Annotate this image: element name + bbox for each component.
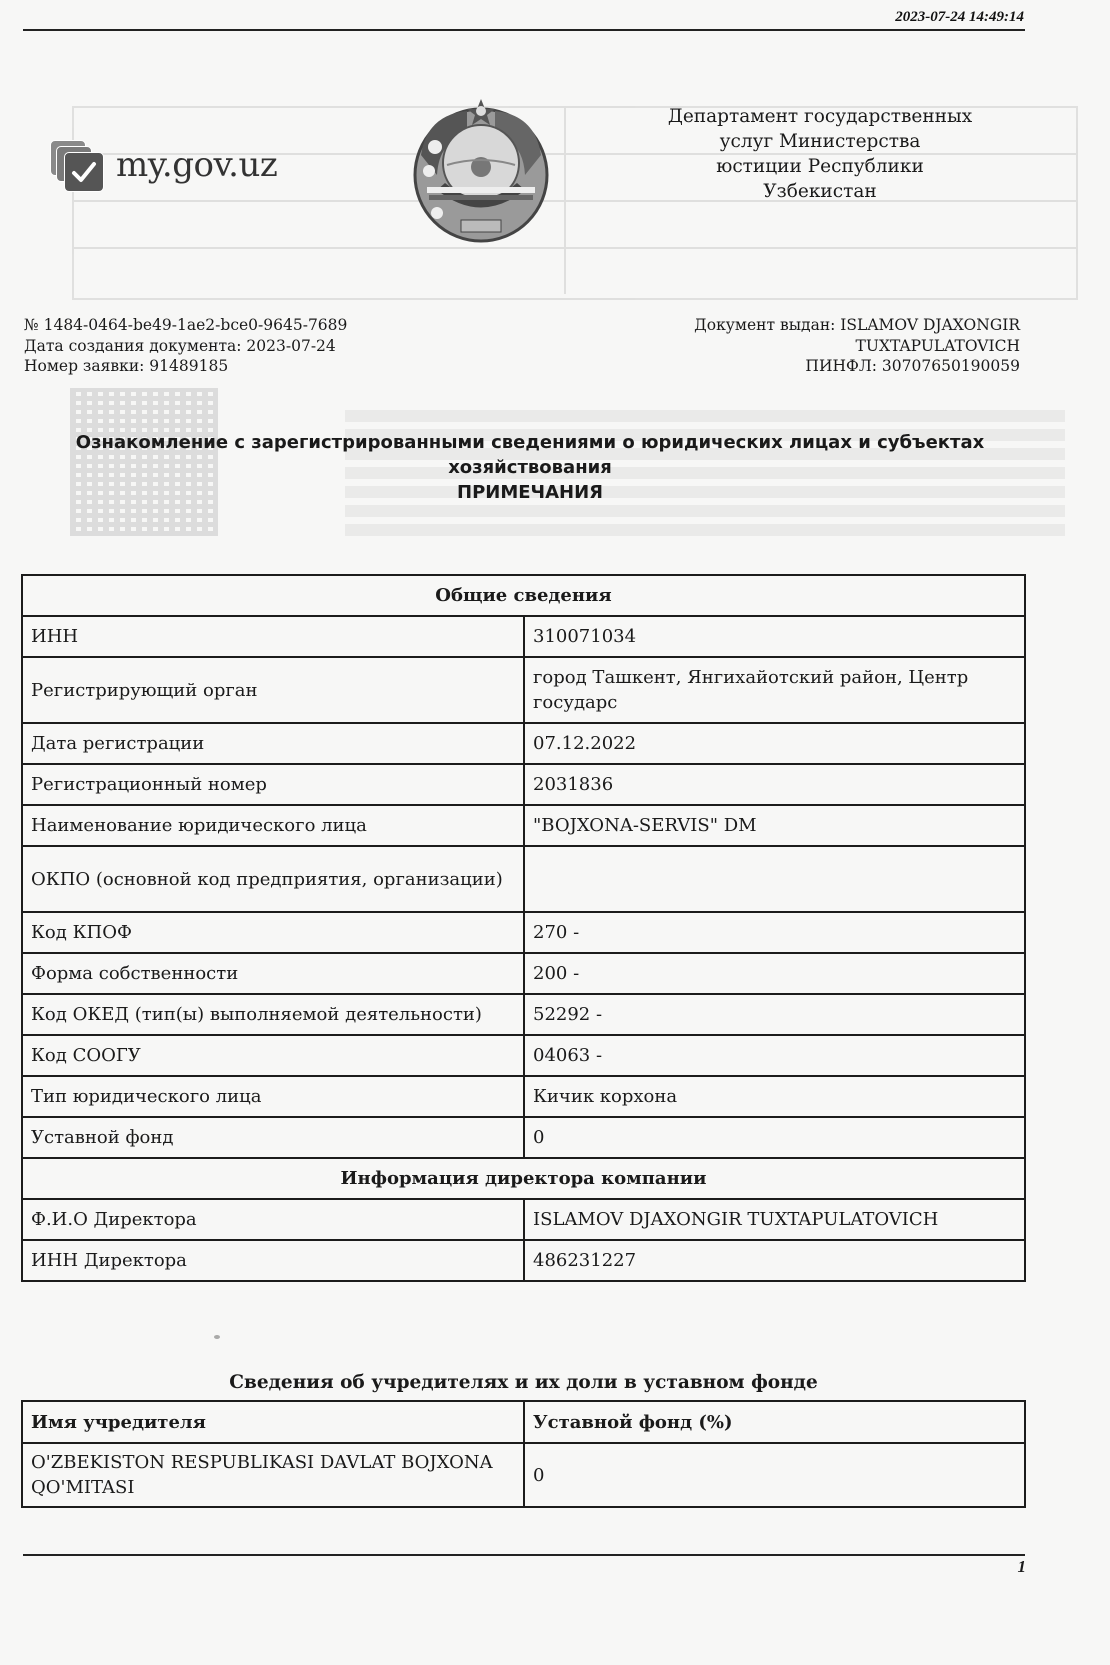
row-label: ИНН Директора: [22, 1240, 524, 1281]
founders-table: Имя учредителя Уставной фонд (%) O'ZBEKI…: [21, 1400, 1026, 1508]
row-value: ISLAMOV DJAXONGIR TUXTAPULATOVICH: [524, 1199, 1025, 1240]
row-value: 486231227: [524, 1240, 1025, 1281]
founder-name: O'ZBEKISTON RESPUBLIKASI DAVLAT BOJXONA …: [22, 1443, 524, 1507]
issued-to-meta: Документ выдан: ISLAMOV DJAXONGIR TUXTAP…: [694, 315, 1020, 377]
document-number: № 1484-0464-be49-1ae2-bce0-9645-7689: [24, 315, 347, 336]
row-label: Код КПОФ: [22, 912, 524, 953]
founder-share: 0: [524, 1443, 1025, 1507]
row-value: 04063 -: [524, 1035, 1025, 1076]
logo-text: my.gov.uz: [116, 145, 277, 185]
issued-to-line2: TUXTAPULATOVICH: [694, 336, 1020, 357]
header-rule: [23, 29, 1025, 31]
row-label: Код СООГУ: [22, 1035, 524, 1076]
title-line: Ознакомление с зарегистрированными сведе…: [30, 430, 1030, 455]
row-value: город Ташкент, Янгихайотский район, Цент…: [524, 657, 1025, 723]
row-value: "BOJXONA-SERVIS" DM: [524, 805, 1025, 846]
table-row: Регистрирующий органгород Ташкент, Янгих…: [22, 657, 1025, 723]
row-value: 52292 -: [524, 994, 1025, 1035]
column-header-share: Уставной фонд (%): [524, 1401, 1025, 1443]
table-row: Форма собственности200 -: [22, 953, 1025, 994]
department-line: услуг Министерства: [640, 129, 1000, 154]
row-label: Регистрирующий орган: [22, 657, 524, 723]
row-label: Уставной фонд: [22, 1117, 524, 1158]
row-value: 310071034: [524, 616, 1025, 657]
creation-date: Дата создания документа: 2023-07-24: [24, 336, 347, 357]
checkbox-stack-icon: [50, 140, 106, 190]
row-value: 07.12.2022: [524, 723, 1025, 764]
row-label: Ф.И.О Директора: [22, 1199, 524, 1240]
row-label: Форма собственности: [22, 953, 524, 994]
table-row: Регистрационный номер2031836: [22, 764, 1025, 805]
table-row: Код ОКЕД (тип(ы) выполняемой деятельност…: [22, 994, 1025, 1035]
table-row: Уставной фонд0: [22, 1117, 1025, 1158]
table-row: Наименование юридического лица"BOJXONA-S…: [22, 805, 1025, 846]
table-row: Тип юридического лицаКичик корхона: [22, 1076, 1025, 1117]
row-value: 270 -: [524, 912, 1025, 953]
row-label: ИНН: [22, 616, 524, 657]
mygov-logo: my.gov.uz: [50, 140, 277, 190]
founders-title: Сведения об учредителях и их доли в уста…: [21, 1372, 1026, 1393]
footer-rule: [23, 1554, 1025, 1556]
row-value: 200 -: [524, 953, 1025, 994]
row-value: 0: [524, 1117, 1025, 1158]
row-label: Регистрационный номер: [22, 764, 524, 805]
scan-speck: [214, 1335, 220, 1339]
row-label: Наименование юридического лица: [22, 805, 524, 846]
row-value: [524, 846, 1025, 912]
section-title-general: Общие сведения: [22, 575, 1025, 616]
pinfl: ПИНФЛ: 30707650190059: [694, 356, 1020, 377]
request-number: Номер заявки: 91489185: [24, 356, 347, 377]
department-line: Узбекистан: [640, 179, 1000, 204]
table-row: ИНН Директора486231227: [22, 1240, 1025, 1281]
table-row: ИНН310071034: [22, 616, 1025, 657]
row-value: 2031836: [524, 764, 1025, 805]
page-number: 1: [1018, 1557, 1027, 1577]
department-line: Департамент государственных: [640, 104, 1000, 129]
table-row: O'ZBEKISTON RESPUBLIKASI DAVLAT BOJXONA …: [22, 1443, 1025, 1507]
row-label: Дата регистрации: [22, 723, 524, 764]
row-value: Кичик корхона: [524, 1076, 1025, 1117]
table-row: Код КПОФ270 -: [22, 912, 1025, 953]
table-row: Дата регистрации07.12.2022: [22, 723, 1025, 764]
row-label: Код ОКЕД (тип(ы) выполняемой деятельност…: [22, 994, 524, 1035]
section-title-director: Информация директора компании: [22, 1158, 1025, 1199]
table-header-row: Имя учредителя Уставной фонд (%): [22, 1401, 1025, 1443]
table-row: ОКПО (основной код предприятия, организа…: [22, 846, 1025, 912]
document-title: Ознакомление с зарегистрированными сведе…: [30, 430, 1030, 505]
uzbekistan-state-emblem-icon: [407, 95, 555, 245]
row-label: ОКПО (основной код предприятия, организа…: [22, 846, 524, 912]
department-name: Департамент государственных услуг Минист…: [640, 104, 1000, 204]
table-row: Ф.И.О ДиректораISLAMOV DJAXONGIR TUXTAPU…: [22, 1199, 1025, 1240]
document-meta: № 1484-0464-be49-1ae2-bce0-9645-7689 Дат…: [24, 315, 347, 377]
row-label: Тип юридического лица: [22, 1076, 524, 1117]
title-line: хозяйствования: [30, 455, 1030, 480]
department-line: юстиции Республики: [640, 154, 1000, 179]
column-header-founder-name: Имя учредителя: [22, 1401, 524, 1443]
print-timestamp: 2023-07-24 14:49:14: [895, 9, 1024, 26]
table-row: Код СООГУ04063 -: [22, 1035, 1025, 1076]
notes-heading: ПРИМЕЧАНИЯ: [30, 480, 1030, 505]
issued-to-line1: Документ выдан: ISLAMOV DJAXONGIR: [694, 315, 1020, 336]
general-info-table: Общие сведения ИНН310071034 Регистрирующ…: [21, 574, 1026, 1282]
